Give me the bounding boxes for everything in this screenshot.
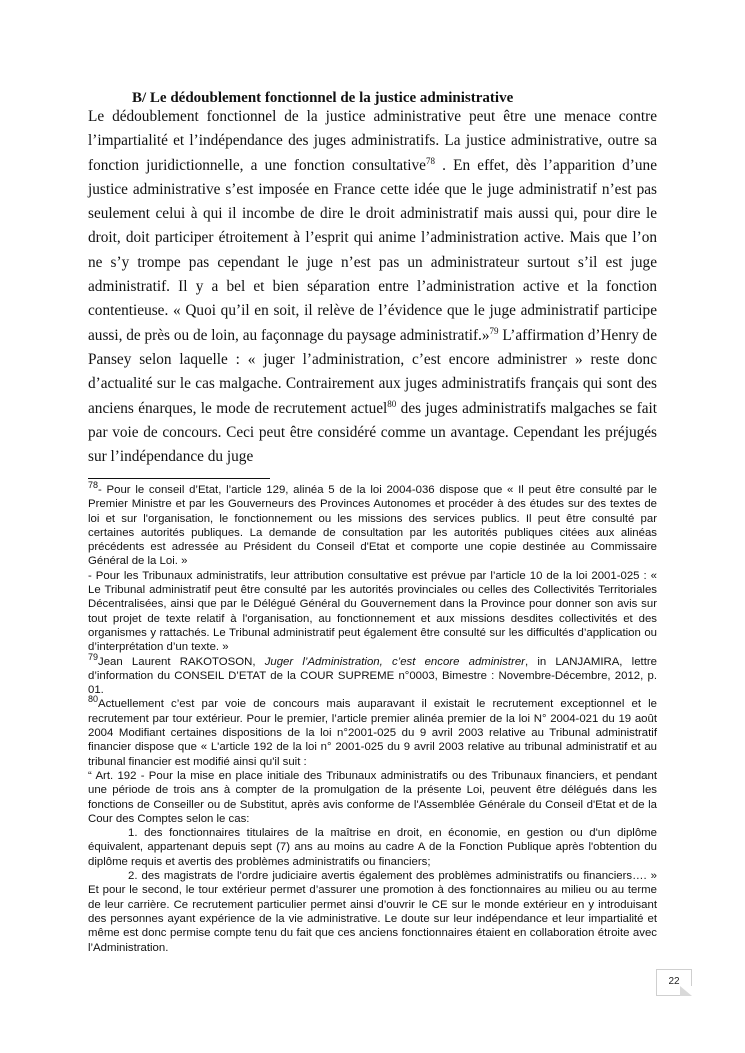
footnote-text: - Pour le conseil d’Etat, l’article 129,…: [88, 484, 657, 567]
footnote-80-item-1: 1. des fonctionnaires titulaires de la m…: [88, 826, 657, 869]
footnote-number: 78: [88, 480, 98, 490]
footnote-number: 80: [88, 695, 98, 705]
footnote-79: 79Jean Laurent RAKOTOSON, Juger l’Admini…: [88, 655, 657, 698]
footnote-ref-80[interactable]: 80: [387, 398, 396, 408]
footnote-80-item-2: 2. des magistrats de l'ordre judiciaire …: [88, 869, 657, 955]
footnote-78: 78- Pour le conseil d’Etat, l’article 12…: [88, 483, 657, 569]
footnote-ref-79[interactable]: 79: [490, 326, 499, 336]
footnote-separator: [88, 478, 270, 479]
footnote-number: 79: [88, 652, 98, 662]
body-text-segment: . En effet, dès l’apparition d’une justi…: [88, 157, 657, 344]
page-curl-fold: [680, 986, 692, 996]
footnote-text: Actuellement c’est par voie de concours …: [88, 698, 657, 767]
footnote-ref-78[interactable]: 78: [426, 156, 435, 166]
page-number: 22: [668, 976, 679, 987]
footnote-80: 80Actuellement c’est par voie de concour…: [88, 697, 657, 768]
footnote-80-quote: “ Art. 192 - Pour la mise en place initi…: [88, 769, 657, 826]
footnote-author: Jean Laurent RAKOTOSON,: [98, 656, 265, 668]
document-page: B/ Le dédoublement fonctionnel de la jus…: [0, 0, 745, 1053]
footnote-78-continued: - Pour les Tribunaux administratifs, leu…: [88, 569, 657, 655]
page-number-box: 22: [656, 969, 692, 996]
body-paragraph: Le dédoublement fonctionnel de la justic…: [88, 105, 657, 469]
footnote-title: Juger l’Administration, c’est encore adm…: [265, 656, 525, 668]
footnotes: 78- Pour le conseil d’Etat, l’article 12…: [88, 483, 657, 955]
